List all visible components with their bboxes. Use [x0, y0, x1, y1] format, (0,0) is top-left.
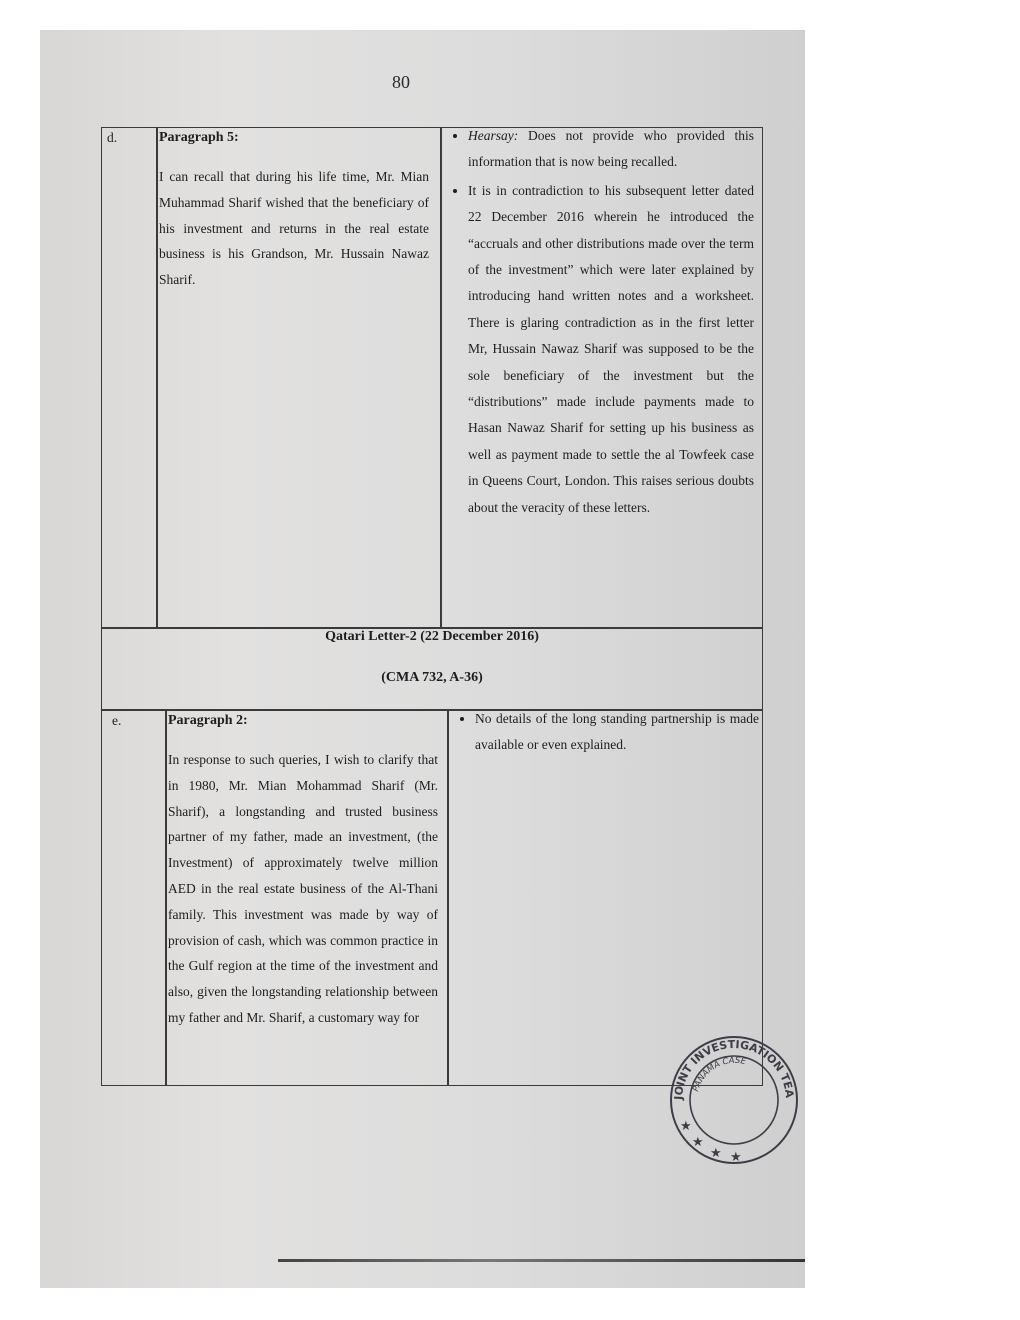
observation-text: It is in contradiction to his subsequent… [468, 183, 754, 515]
observation-item: No details of the long standing partners… [475, 706, 759, 759]
column-divider [165, 709, 167, 1086]
page-number: 80 [392, 72, 410, 93]
seal-stamp-icon: JOINT INVESTIGATION TEAM PANAMA CASE ★ ★… [662, 1030, 802, 1170]
section-title: Qatari Letter-2 (22 December 2016) [101, 629, 763, 645]
paragraph-heading: Paragraph 2: [168, 713, 438, 729]
quoted-text: I can recall that during his life time, … [159, 164, 429, 293]
observation-item: Hearsay: Does not provide who provided t… [468, 123, 754, 176]
observations: Hearsay: Does not provide who provided t… [442, 123, 754, 521]
row-id: e. [112, 713, 121, 729]
svg-text:★: ★ [692, 1134, 704, 1149]
observation-text: No details of the long standing partners… [475, 711, 759, 752]
column-divider [156, 127, 158, 628]
svg-text:★: ★ [680, 1118, 692, 1133]
row-id: d. [107, 130, 117, 146]
column-divider [447, 709, 449, 1086]
section-reference: (CMA 732, A-36) [101, 670, 763, 686]
letter-excerpt: Paragraph 2: In response to such queries… [168, 713, 438, 1031]
quoted-text: In response to such queries, I wish to c… [168, 747, 438, 1031]
observation-item: It is in contradiction to his subsequent… [468, 178, 754, 521]
observations: No details of the long standing partners… [449, 706, 759, 759]
letter-excerpt: Paragraph 5: I can recall that during hi… [159, 130, 429, 293]
svg-text:★: ★ [730, 1149, 742, 1164]
paragraph-heading: Paragraph 5: [159, 130, 429, 146]
observation-lead: Hearsay: [468, 128, 518, 143]
svg-text:★: ★ [710, 1145, 722, 1160]
bottom-rule [278, 1259, 805, 1262]
